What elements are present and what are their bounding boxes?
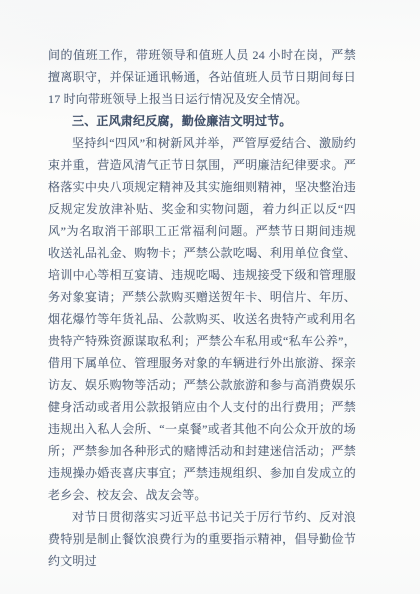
paragraph-discipline-rules: 坚持纠“四风”和树新风并举，严管厚爱结合、激励约束并重，营造风清气正节日氛围，严… xyxy=(48,132,356,506)
scanned-document-page: 间的值班工作，带班领导和值班人员 24 小时在岗，严禁擅离职守，并保证通讯畅通，… xyxy=(0,0,420,594)
section-heading-three: 三、正风肃纪反腐，勤俭廉洁文明过节。 xyxy=(48,110,356,132)
paragraph-duty-continuation: 间的值班工作，带班领导和值班人员 24 小时在岗，严禁擅离职守，并保证通讯畅通，… xyxy=(48,44,356,110)
paragraph-thrift-directive: 对节日贯彻落实习近平总书记关于厉行节约、反对浪费特别是制止餐饮浪费行为的重要指示… xyxy=(48,506,356,572)
document-body: 间的值班工作，带班领导和值班人员 24 小时在岗，严禁擅离职守，并保证通讯畅通，… xyxy=(48,44,356,572)
